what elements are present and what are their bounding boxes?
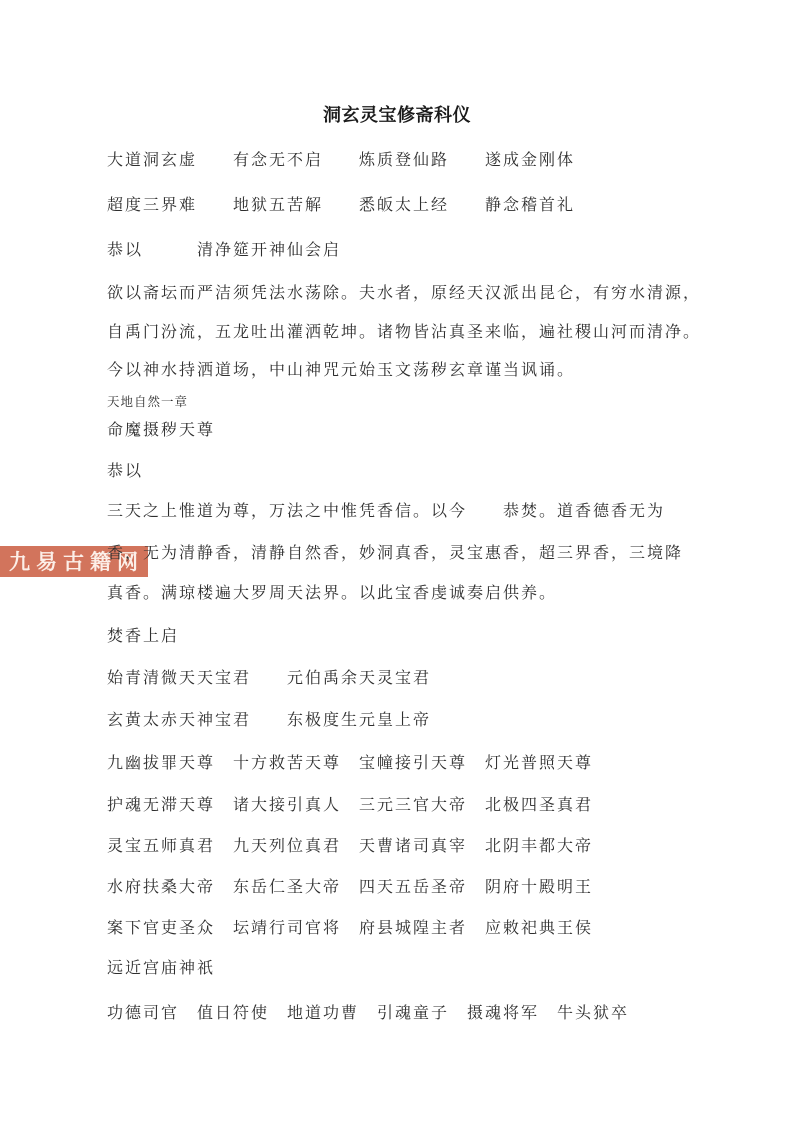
text-line: 今以神水持洒道场，中山神咒元始玉文荡秽玄章谨当讽诵。 xyxy=(107,359,575,381)
text-line: 灵宝五师真君 九天列位真君 天曹诸司真宰 北阴丰都大帝 xyxy=(107,835,593,857)
text-line: 始青清微天天宝君 元伯禹余天灵宝君 xyxy=(107,667,431,689)
text-line: 大道洞玄虚 有念无不启 炼质登仙路 遂成金刚体 xyxy=(107,149,575,171)
text-line: 命魔摄秽天尊 xyxy=(107,419,215,441)
text-line: 自禹门汾流，五龙吐出灌洒乾坤。诸物皆沾真圣来临，遍社稷山河而清净。 xyxy=(107,321,701,343)
text-line: 恭以 xyxy=(107,460,143,482)
text-line: 九幽拔罪天尊 十方救苦天尊 宝幢接引天尊 灯光普照天尊 xyxy=(107,752,593,774)
text-line: 玄黄太赤天神宝君 东极度生元皇上帝 xyxy=(107,709,431,731)
text-line: 真香。满琼楼遍大罗周天法界。以此宝香虔诚奏启供养。 xyxy=(107,582,557,604)
text-line: 香，无为清静香，清静自然香，妙洞真香，灵宝惠香，超三界香，三境降 xyxy=(107,542,683,564)
section-label: 天地自然一章 xyxy=(107,391,188,413)
text-line: 案下官吏圣众 坛靖行司官将 府县城隍主者 应敕祀典王侯 xyxy=(107,917,593,939)
text-line: 功德司官 值日符使 地道功曹 引魂童子 摄魂将军 牛头狱卒 xyxy=(107,1002,629,1024)
text-line: 护魂无滞天尊 诸大接引真人 三元三官大帝 北极四圣真君 xyxy=(107,794,593,816)
text-line: 远近宫庙神祇 xyxy=(107,957,215,979)
text-line: 恭以 清净筵开神仙会启 xyxy=(107,239,341,261)
text-line: 三天之上惟道为尊，万法之中惟凭香信。以今 恭焚。道香德香无为 xyxy=(107,500,665,522)
document-page: 洞玄灵宝修斋科仪 九易古籍网 大道洞玄虚 有念无不启 炼质登仙路 遂成金刚体 超… xyxy=(0,0,794,1123)
page-title: 洞玄灵宝修斋科仪 xyxy=(0,101,794,127)
text-line: 水府扶桑大帝 东岳仁圣大帝 四天五岳圣帝 阴府十殿明王 xyxy=(107,876,593,898)
text-line: 超度三界难 地狱五苦解 悉皈太上经 静念稽首礼 xyxy=(107,194,575,216)
text-line: 欲以斋坛而严洁须凭法水荡除。夫水者，原经天汉派出昆仑，有穷水清源， xyxy=(107,282,701,304)
text-line: 焚香上启 xyxy=(107,625,179,647)
